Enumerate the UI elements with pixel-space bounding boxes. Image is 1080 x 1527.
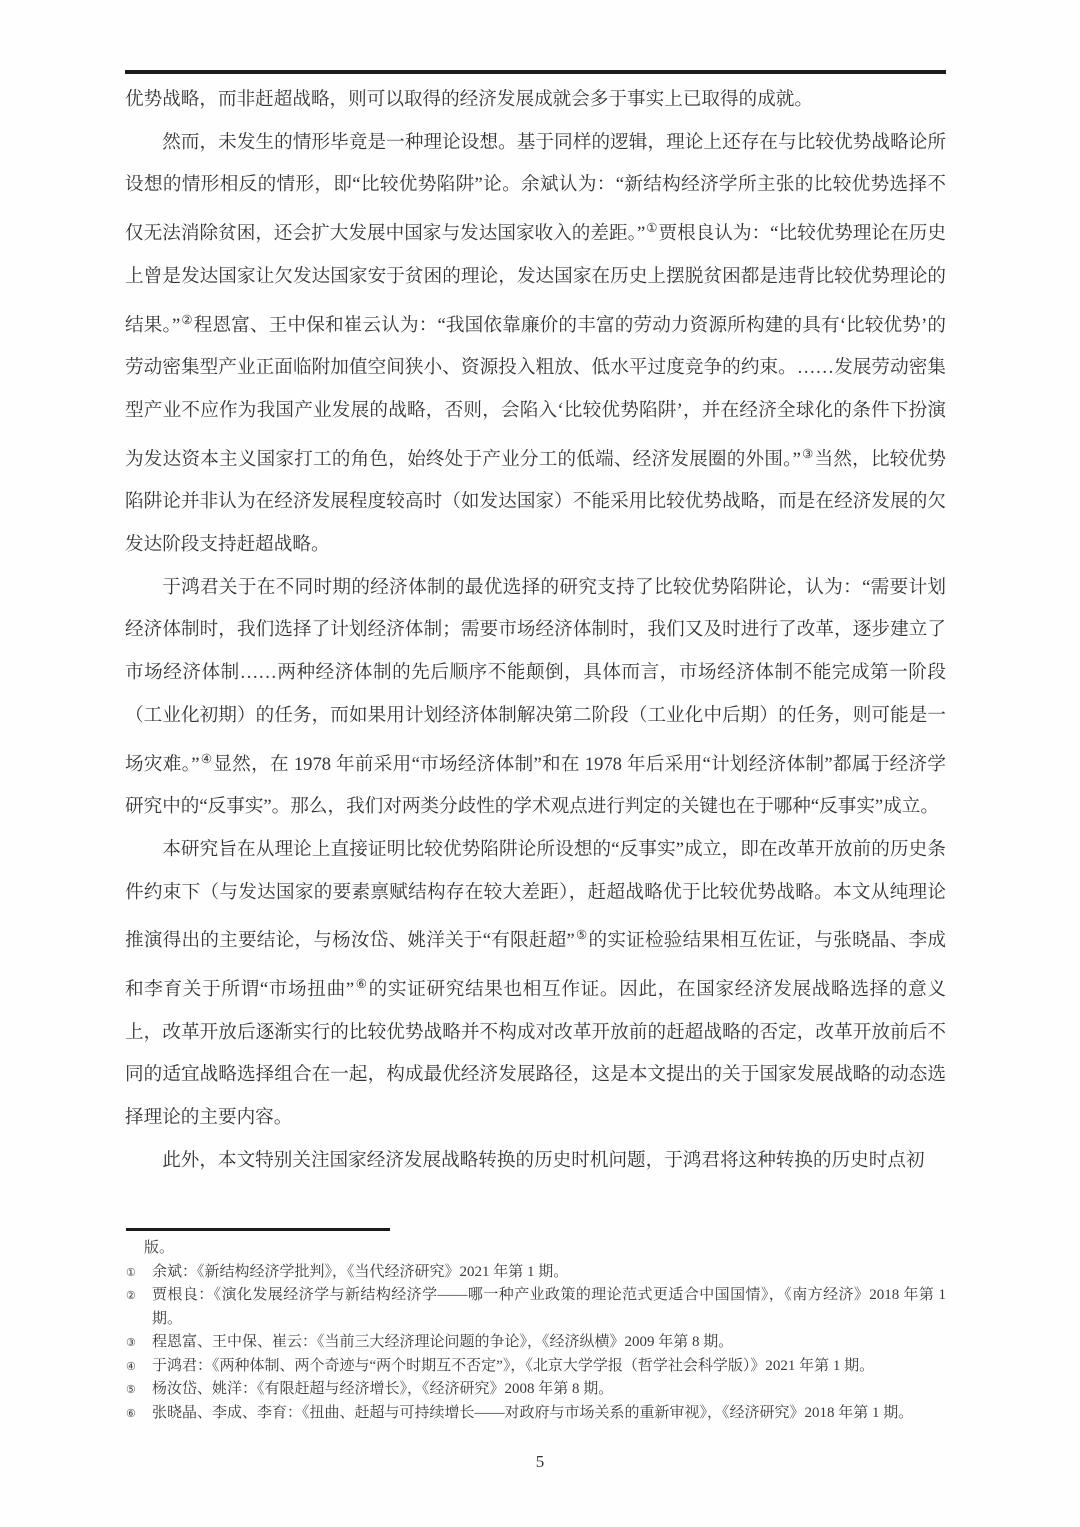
footnote-reference: ③ [801,447,815,461]
footnote-marker: ① [126,1262,136,1286]
footnote-item: ③程恩富、王中保、崔云：《当前三大经济理论问题的争论》，《经济纵横》2009 年… [126,1331,946,1355]
footnote-item: ⑥张晓晶、李成、李育：《扭曲、赶超与可持续增长——对政府与市场关系的重新审视》，… [126,1402,946,1426]
body-paragraph: 然而，未发生的情形毕竟是一种理论设想。基于同样的逻辑，理论上还存在与比较优势战略… [125,122,946,567]
body-paragraph: 优势战略，而非赶超战略，则可以取得的经济发展成就会多于事实上已取得的成就。 [125,79,946,122]
footnote-separator [126,1228,390,1231]
footnote-text: 张晓晶、李成、李育：《扭曲、赶超与可持续增长——对政府与市场关系的重新审视》，《… [152,1405,913,1421]
footnote-item: ①余斌：《新结构经济学批判》，《当代经济研究》2021 年第 1 期。 [126,1261,946,1285]
footnote-text: 贾根良：《演化发展经济学与新结构经济学——哪一种产业政策的理论范式更适合中国国情… [152,1287,946,1327]
body-paragraph: 于鸿君关于在不同时期的经济体制的最优选择的研究支持了比较优势陷阱论，认为：“需要… [125,567,946,829]
footnote-reference: ④ [200,752,214,766]
body-paragraph: 此外，本文特别关注国家经济发展战略转换的历史时机问题，于鸿君将这种转换的历史时点… [125,1140,946,1183]
footnote-reference: ② [180,313,194,327]
footnote-marker: ⑥ [126,1403,136,1427]
document-page: 优势战略，而非赶超战略，则可以取得的经济发展成就会多于事实上已取得的成就。然而，… [0,0,1080,1527]
header-rule [125,70,946,74]
body-paragraph: 本研究旨在从理论上直接证明比较优势陷阱论所设想的“反事实”成立，即在改革开放前的… [125,829,946,1140]
footnote-item: ②贾根良：《演化发展经济学与新结构经济学——哪一种产业政策的理论范式更适合中国国… [126,1284,946,1331]
footnotes: 版。①余斌：《新结构经济学批判》，《当代经济研究》2021 年第 1 期。②贾根… [126,1237,946,1425]
footnote-text: 于鸿君：《两种体制、两个奇迹与“两个时期互不否定”》，《北京大学学报（哲学社会科… [152,1358,874,1374]
footnote-reference: ⑤ [575,928,589,942]
footnote-item: ④于鸿君：《两种体制、两个奇迹与“两个时期互不否定”》，《北京大学学报（哲学社会… [126,1355,946,1379]
footnote-continuation: 版。 [126,1237,946,1261]
body-text: 优势战略，而非赶超战略，则可以取得的经济发展成就会多于事实上已取得的成就。然而，… [125,79,946,1183]
footnote-marker: ③ [126,1332,136,1356]
footnote-text: 余斌：《新结构经济学批判》，《当代经济研究》2021 年第 1 期。 [152,1264,568,1280]
footnote-reference: ① [645,221,658,235]
footnote-item: ⑤杨汝岱、姚洋：《有限赶超与经济增长》，《经济研究》2008 年第 8 期。 [126,1378,946,1402]
footnote-text: 杨汝岱、姚洋：《有限赶超与经济增长》，《经济研究》2008 年第 8 期。 [152,1381,613,1397]
page-number: 5 [0,1452,1080,1472]
footnote-text: 程恩富、王中保、崔云：《当前三大经济理论问题的争论》，《经济纵横》2009 年第… [152,1334,733,1350]
footnote-reference: ⑥ [354,977,369,991]
footnote-marker: ② [126,1285,136,1309]
footnote-marker: ⑤ [126,1379,136,1403]
footnote-marker: ④ [126,1356,136,1380]
